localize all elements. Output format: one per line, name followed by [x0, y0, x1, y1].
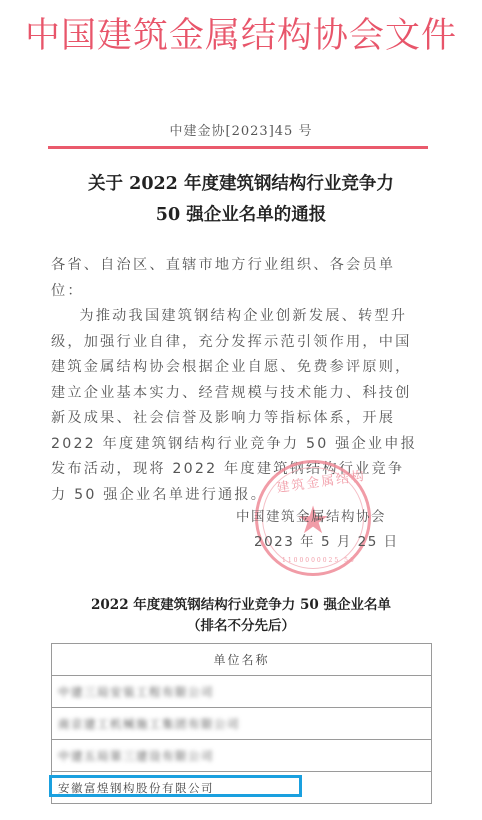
company-name-redacted: 中建五局第三建设有限公司	[52, 740, 432, 772]
notice-title-line2: 50 强企业名单的通报	[0, 198, 482, 232]
company-name-redacted: 南京建工机械施工集团有限公司	[52, 708, 432, 740]
signature-organization: 中国建筑金属结构协会	[236, 505, 386, 525]
table-header-row: 单位名称	[52, 644, 432, 676]
notice-title-line1: 关于 2022 年度建筑钢结构行业竞争力	[0, 167, 482, 201]
table-row: 中建五局第三建设有限公司	[52, 740, 432, 772]
table-row: 中建三局安装工程有限公司	[52, 676, 432, 708]
signature-date: 2023 年 5 月 25 日	[254, 530, 399, 550]
letterhead-title: 中国建筑金属结构协会文件	[0, 14, 482, 58]
list-subtitle: （排名不分先后）	[0, 616, 482, 636]
column-header-unit-name: 单位名称	[52, 644, 432, 676]
salutation: 各省、自治区、直辖市地方行业组织、各会员单位：	[51, 253, 419, 304]
document-number: 中建金协[2023]45 号	[0, 120, 482, 139]
table-row: 南京建工机械施工集团有限公司	[52, 708, 432, 740]
list-title: 2022 年度建筑钢结构行业竞争力 50 强企业名单	[0, 595, 482, 615]
company-name-redacted: 中建三局安装工程有限公司	[52, 676, 432, 708]
highlight-box	[49, 775, 302, 797]
seal-code: 1100000025 56	[282, 557, 356, 564]
red-divider	[48, 146, 428, 149]
